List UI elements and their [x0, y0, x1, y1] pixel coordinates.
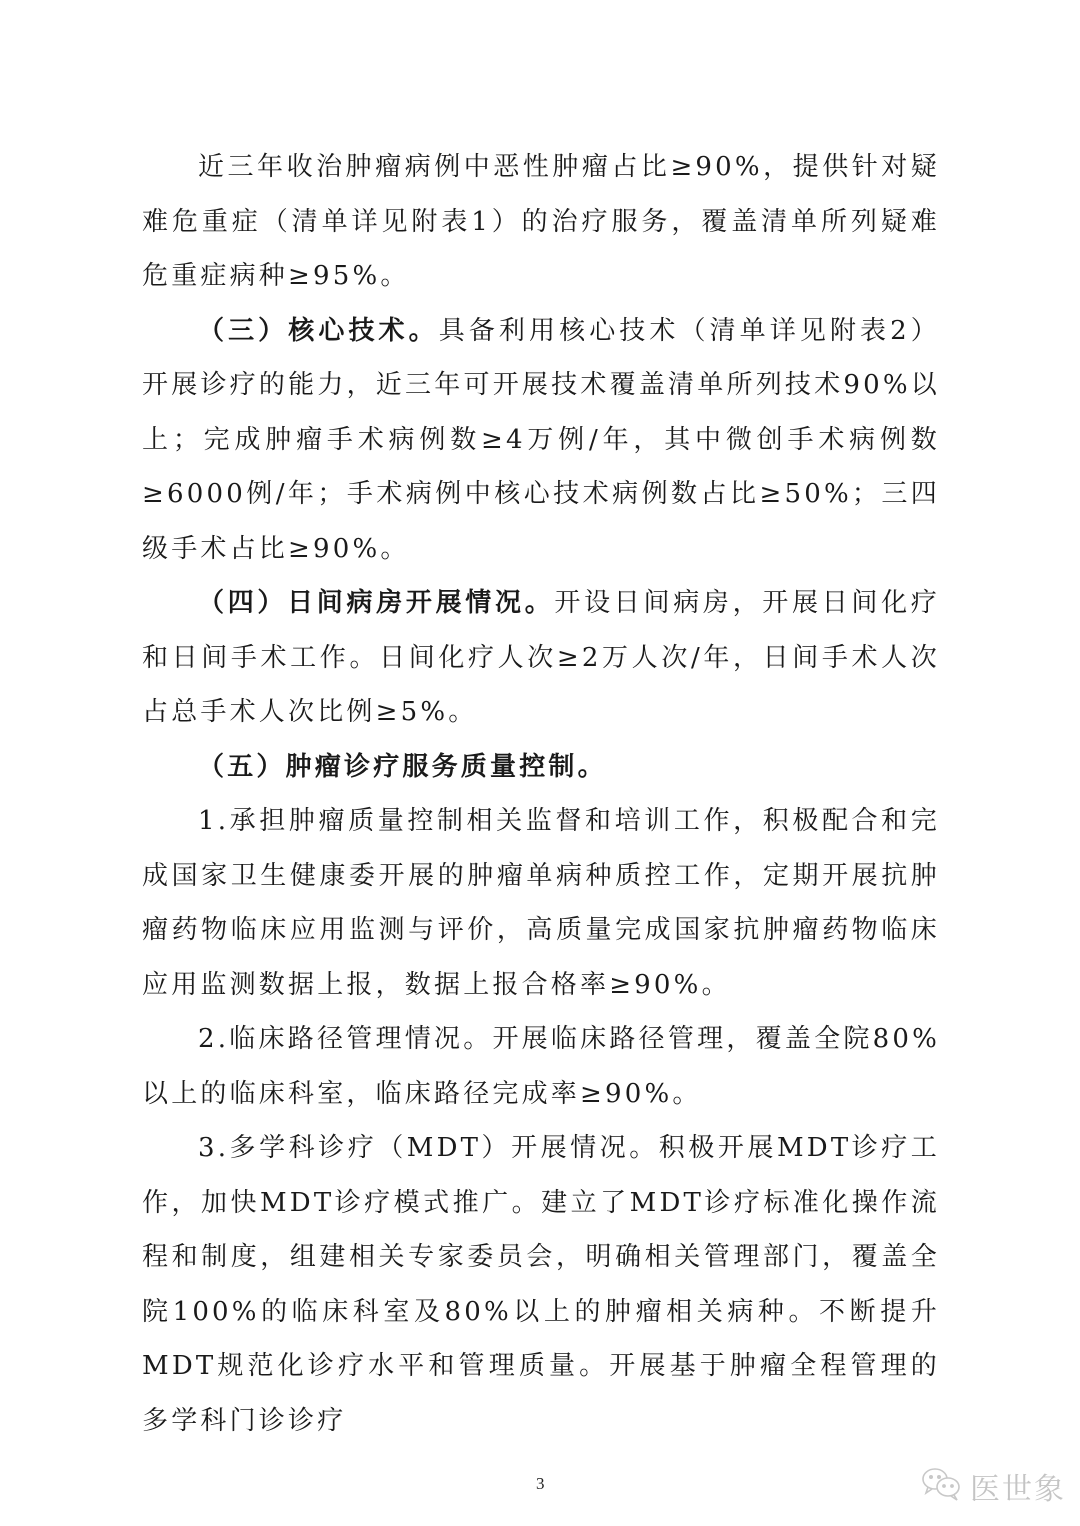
paragraph-day-ward: （四）日间病房开展情况。开设日间病房，开展日间化疗和日间手术工作。日间化疗人次≥… — [142, 576, 940, 740]
paragraph-item-3-mdt: 3.多学科诊疗（MDT）开展情况。积极开展MDT诊疗工作，加快MDT诊疗模式推广… — [142, 1121, 940, 1448]
wechat-icon — [920, 1466, 964, 1506]
document-page: 近三年收治肿瘤病例中恶性肿瘤占比≥90%，提供针对疑难危重症（清单详见附表1）的… — [142, 140, 940, 1448]
paragraph-body: 1.承担肿瘤质量控制相关监督和培训工作，积极配合和完成国家卫生健康委开展的肿瘤单… — [142, 806, 940, 1000]
paragraph-item-2-clinical-pathway: 2.临床路径管理情况。开展临床路径管理，覆盖全院80%以上的临床科室，临床路径完… — [142, 1012, 940, 1121]
section-heading-day-ward: （四）日间病房开展情况。 — [198, 588, 554, 618]
paragraph-malignant-ratio: 近三年收治肿瘤病例中恶性肿瘤占比≥90%，提供针对疑难危重症（清单详见附表1）的… — [142, 140, 940, 304]
section-heading-quality-control: （五）肿瘤诊疗服务质量控制。 — [198, 752, 607, 782]
paragraph-body: 3.多学科诊疗（MDT）开展情况。积极开展MDT诊疗工作，加快MDT诊疗模式推广… — [142, 1133, 940, 1436]
section-heading-core-technology: （三）核心技术。 — [198, 316, 439, 346]
watermark-text: 医世象 — [970, 1464, 1066, 1508]
paragraph-core-technology: （三）核心技术。具备利用核心技术（清单详见附表2）开展诊疗的能力，近三年可开展技… — [142, 304, 940, 577]
paragraph-body: 具备利用核心技术（清单详见附表2）开展诊疗的能力，近三年可开展技术覆盖清单所列技… — [142, 316, 940, 564]
paragraph-body: 2.临床路径管理情况。开展临床路径管理，覆盖全院80%以上的临床科室，临床路径完… — [142, 1024, 940, 1109]
paragraph-body: 近三年收治肿瘤病例中恶性肿瘤占比≥90%，提供针对疑难危重症（清单详见附表1）的… — [142, 152, 940, 291]
watermark: 医世象 — [920, 1464, 1066, 1508]
paragraph-item-1-supervision: 1.承担肿瘤质量控制相关监督和培训工作，积极配合和完成国家卫生健康委开展的肿瘤单… — [142, 794, 940, 1012]
paragraph-quality-control-heading: （五）肿瘤诊疗服务质量控制。 — [142, 740, 940, 795]
page-number: 3 — [536, 1474, 545, 1494]
